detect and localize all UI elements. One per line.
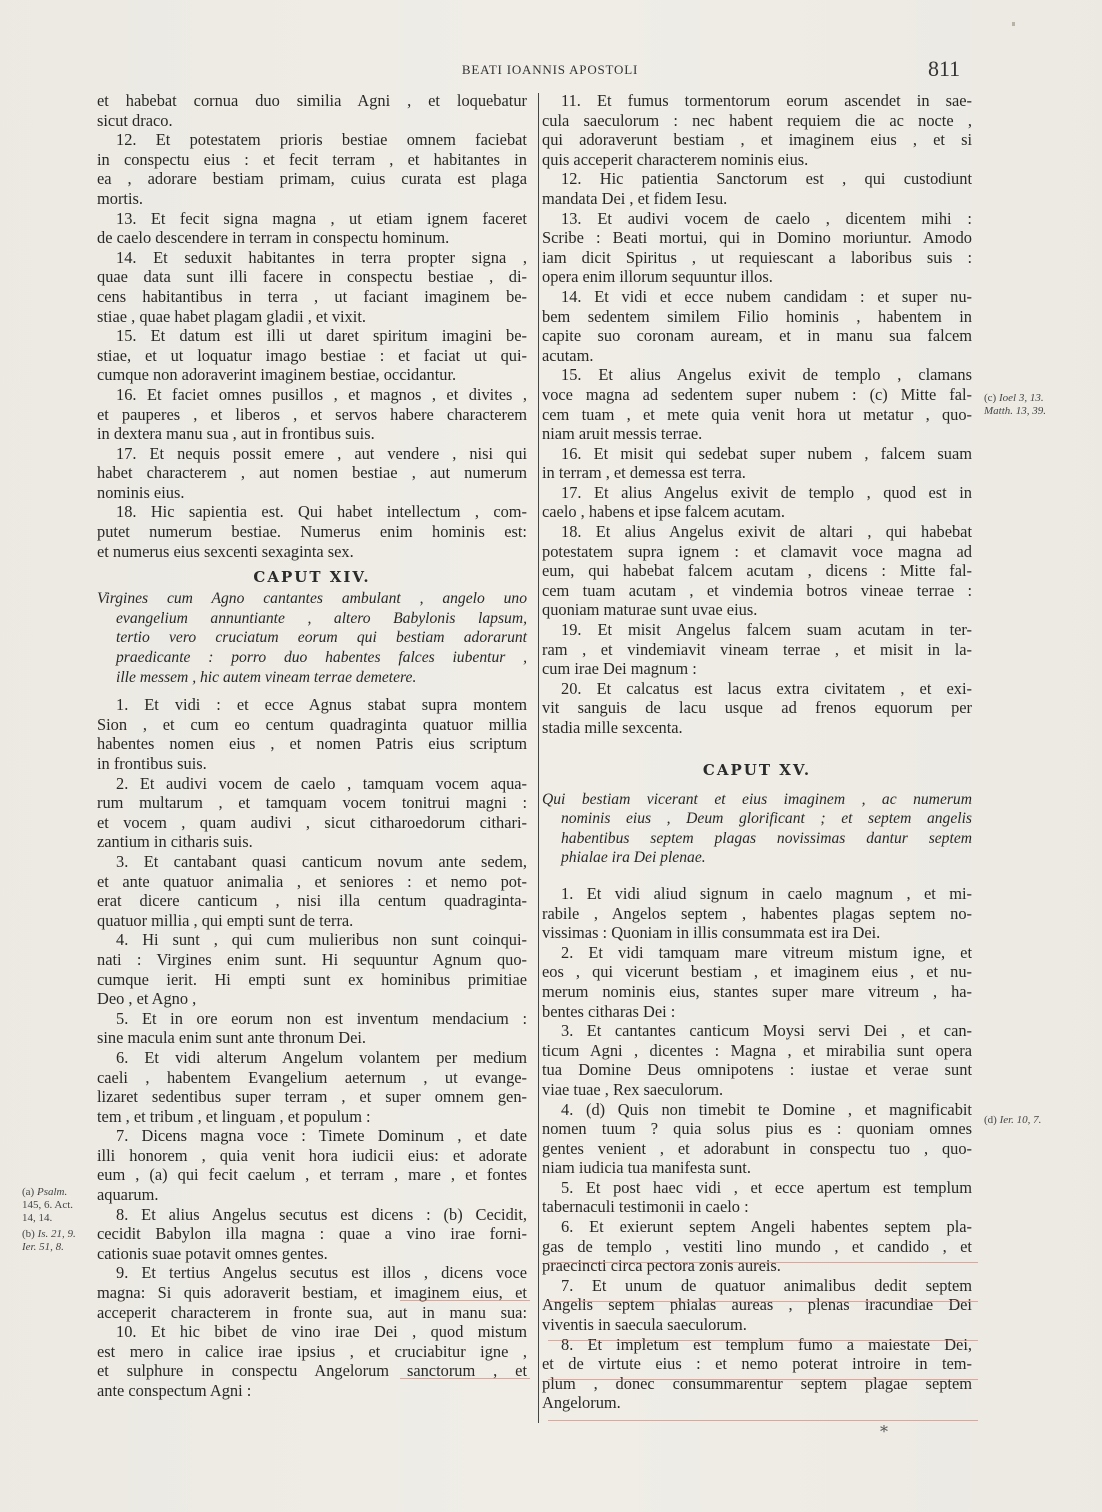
- verse-line: 3. Et cantabant quasi canticum novum ant…: [97, 852, 527, 872]
- verse-line: stiae , quae habet plagam gladii , et vi…: [97, 307, 527, 327]
- summary-line: Qui bestiam vicerant et eius imaginem , …: [542, 790, 972, 810]
- verse-line: mortis.: [97, 189, 527, 209]
- verse-line: et pauperes , et liberos , et servos hab…: [97, 405, 527, 425]
- summary-line: nominis eius , Deum glorificant ; et sep…: [542, 809, 972, 829]
- verse-line: Sion , et cum eo centum quadraginta quat…: [97, 715, 527, 735]
- verse-line: 5. Et post haec vidi , et ecce apertum e…: [542, 1178, 972, 1198]
- verse-line: tem , et tribum , et linguam , et populu…: [97, 1107, 527, 1127]
- verse-line: in dextera manu sua , aut in frontibus s…: [97, 424, 527, 444]
- verse-line: et vocem , quam audivi , sicut citharoed…: [97, 813, 527, 833]
- verse-line: cumque ierit. Hi empti sunt ex hominibus…: [97, 970, 527, 990]
- margin-note-b-line1: Is. 21, 9.: [38, 1228, 76, 1240]
- verse-line: quoniam maturae sunt uvae eius.: [542, 600, 972, 620]
- verse-line: 14. Et vidi et ecce nubem candidam : et …: [542, 287, 972, 307]
- running-head-title: BEATI IOANNIS APOSTOLI: [300, 62, 800, 78]
- summary-line: tertio vero cruciatum eorum qui bestiam …: [97, 628, 527, 648]
- right-verses-bottom: 1. Et vidi aliud signum in caelo magnum …: [542, 884, 972, 1413]
- verse-line: cens habitantibus in terra , ut faciant …: [97, 287, 527, 307]
- margin-note-a-line1: Psalm.: [37, 1186, 67, 1198]
- verse-line: bentes citharas Dei :: [542, 1002, 972, 1022]
- verse-line: nominis eius.: [97, 483, 527, 503]
- summary-line: habentibus septem plagas novissimas dant…: [542, 829, 972, 849]
- verse-line: opera enim illorum sequuntur illos.: [542, 267, 972, 287]
- verse-line: 13. Et audivi vocem de caelo , dicentem …: [542, 209, 972, 229]
- verse-line: plum , donec consummarentur septem plaga…: [542, 1374, 972, 1394]
- show-through-rule: [400, 1300, 530, 1301]
- verse-line: niam aruit messis terrae.: [542, 424, 972, 444]
- verse-line: lizaret sedentibus super terram , et sup…: [97, 1087, 527, 1107]
- verse-line: quatuor millia , qui empti sunt de terra…: [97, 911, 527, 931]
- verse-line: Deo , et Agno ,: [97, 989, 527, 1009]
- verse-line: acutam.: [542, 346, 972, 366]
- verse-line: 7. Et unum de quatuor animalibus dedit s…: [542, 1276, 972, 1296]
- verse-line: nati : Virgines enim sunt. Hi sequuntur …: [97, 950, 527, 970]
- margin-note-c-line1: Ioel 3, 13.: [999, 392, 1044, 404]
- verse-line: mandata Dei , et fidem Iesu.: [542, 189, 972, 209]
- verse-line: vit sanguis de lacu usque ad frenos equo…: [542, 698, 972, 718]
- verse-line: stiae, et ut loquatur imago bestiae : et…: [97, 346, 527, 366]
- verse-line: ea , adorare bestiam primam, cuius curat…: [97, 169, 527, 189]
- show-through-rule: [548, 1420, 978, 1421]
- verse-line: stadia mille sexcenta.: [542, 718, 972, 738]
- show-through-rule: [548, 1379, 978, 1380]
- margin-note-c-ref: (c): [984, 392, 996, 404]
- verse-line: de caelo descendere in terram in conspec…: [97, 228, 527, 248]
- verse-line: eum, qui habebat falcem acutam , dicens …: [542, 561, 972, 581]
- verse-line: bem sedentem similem Filio hominis , hab…: [542, 307, 972, 327]
- verse-line: et habebat cornua duo similia Agni , et …: [97, 91, 527, 111]
- verse-line: 12. Hic patientia Sanctorum est , qui cu…: [542, 169, 972, 189]
- verse-line: 6. Et vidi alterum Angelum volantem per …: [97, 1048, 527, 1068]
- verse-line: 9. Et tertius Angelus secutus est illos …: [97, 1263, 527, 1283]
- summary-line: evangelium annuntiante , altero Babyloni…: [97, 609, 527, 629]
- verse-line: merum nominis eius, stantes super mare v…: [542, 982, 972, 1002]
- end-asterisk: *: [880, 1422, 888, 1441]
- summary-line: Virgines cum Agno cantantes ambulant , a…: [97, 589, 527, 609]
- margin-note-d: (d) Ier. 10, 7.: [984, 1114, 1041, 1127]
- verse-line: aquarum.: [97, 1185, 527, 1205]
- verse-line: caeli , habentem Evangelium aeternum , u…: [97, 1068, 527, 1088]
- verse-line: 4. (d) Quis non timebit te Domine , et m…: [542, 1100, 972, 1120]
- verse-line: Angelis septem phialas aureas , plenas i…: [542, 1295, 972, 1315]
- verse-line: cationis suae potavit omnes gentes.: [97, 1244, 527, 1264]
- verse-line: est mero in calice irae ipsius , et cruc…: [97, 1342, 527, 1362]
- verse-line: praecincti circa pectora zonis aureis.: [542, 1256, 972, 1276]
- verse-line: 18. Et alius Angelus exivit de altari , …: [542, 522, 972, 542]
- verse-line: ram , et vindemiavit vineam terrae , et …: [542, 640, 972, 660]
- summary-line: praedicante : porro duo habentes falces …: [97, 648, 527, 668]
- show-through-rule: [548, 1301, 978, 1302]
- verse-line: iam dicit Spiritus , ut requiescant a la…: [542, 248, 972, 268]
- verse-line: et ante quatuor animalia , et seniores :…: [97, 872, 527, 892]
- verse-line: potestatem supra ignem : et clamavit voc…: [542, 542, 972, 562]
- verse-line: 15. Et datum est illi ut daret spiritum …: [97, 326, 527, 346]
- column-divider: [538, 93, 539, 1423]
- chapter-heading-xv: CAPUT XV.: [542, 758, 972, 782]
- verse-line: quis acceperit characterem nominis eius.: [542, 150, 972, 170]
- verse-line: 7. Dicens magna voce : Timete Dominum , …: [97, 1126, 527, 1146]
- verse-line: sine macula enim sunt ante thronum Dei.: [97, 1028, 527, 1048]
- verse-line: eum , (a) qui fecit caelum , et terram ,…: [97, 1165, 527, 1185]
- verse-line: putet numerum bestiae. Numerus enim homi…: [97, 522, 527, 542]
- verse-line: 12. Et potestatem prioris bestiae omnem …: [97, 130, 527, 150]
- verse-line: 2. Et audivi vocem de caelo , tamquam vo…: [97, 774, 527, 794]
- verse-line: cecidit Babylon illa magna : quae a vino…: [97, 1224, 527, 1244]
- chapter-summary-xv: Qui bestiam vicerant et eius imaginem , …: [542, 790, 972, 868]
- verse-line: 1. Et vidi aliud signum in caelo magnum …: [542, 884, 972, 904]
- margin-note-a-line3: 14, 14.: [22, 1212, 52, 1224]
- verse-line: 20. Et calcatus est lacus extra civitate…: [542, 679, 972, 699]
- verse-line: 6. Et exierunt septem Angeli habentes se…: [542, 1217, 972, 1237]
- verse-line: capite suo coronam auream, et in manu su…: [542, 326, 972, 346]
- verse-line: et numerus eius sexcenti sexaginta sex.: [97, 542, 527, 562]
- left-verses-top: et habebat cornua duo similia Agni , et …: [97, 91, 527, 561]
- verse-line: rabile , Angelos septem , habentes plaga…: [542, 904, 972, 924]
- verse-line: eos , qui vicerunt bestiam , et imaginem…: [542, 962, 972, 982]
- margin-note-b-ref: (b): [22, 1228, 35, 1240]
- right-column: 11. Et fumus tormentorum eorum ascendet …: [542, 91, 972, 1413]
- margin-note-a: (a) Psalm. 145, 6. Act. 14, 14.: [22, 1186, 73, 1225]
- verse-line: Angelorum.: [542, 1393, 972, 1413]
- show-through-rule: [548, 1262, 978, 1263]
- page-number: 811: [928, 56, 960, 82]
- verse-line: 13. Et fecit signa magna , ut etiam igne…: [97, 209, 527, 229]
- margin-note-b: (b) Is. 21, 9. Ier. 51, 8.: [22, 1228, 76, 1254]
- verse-line: 16. Et misit qui sedebat super nubem , f…: [542, 444, 972, 464]
- verse-line: voce magna ad sedentem super nubem : (c)…: [542, 385, 972, 405]
- verse-line: 14. Et seduxit habitantes in terra propt…: [97, 248, 527, 268]
- verse-line: Scribe : Beati mortui, qui in Domino mor…: [542, 228, 972, 248]
- verse-line: rum multarum , et tamquam vocem tonitrui…: [97, 793, 527, 813]
- verse-line: 17. Et nequis possit emere , aut vendere…: [97, 444, 527, 464]
- verse-line: gas de templo , vestiti lino mundo , et …: [542, 1237, 972, 1257]
- summary-line: phialae ira Dei plenae.: [542, 848, 972, 868]
- verse-line: 16. Et faciet omnes pusillos , et magnos…: [97, 385, 527, 405]
- verse-line: tabernaculi testimonii in caelo :: [542, 1197, 972, 1217]
- margin-note-b-line2: Ier. 51, 8.: [22, 1241, 64, 1253]
- verse-line: 11. Et fumus tormentorum eorum ascendet …: [542, 91, 972, 111]
- verse-line: habet characterem , aut nomen bestiae , …: [97, 463, 527, 483]
- verse-line: nomen tuum ? quia solus pius es : quonia…: [542, 1119, 972, 1139]
- verse-line: 3. Et cantantes canticum Moysi servi Dei…: [542, 1021, 972, 1041]
- margin-note-d-line1: Ier. 10, 7.: [1000, 1114, 1042, 1126]
- right-verses-top: 11. Et fumus tormentorum eorum ascendet …: [542, 91, 972, 738]
- verse-line: zantium in citharis suis.: [97, 832, 527, 852]
- verse-line: 15. Et alius Angelus exivit de templo , …: [542, 365, 972, 385]
- verse-line: 1. Et vidi : et ecce Agnus stabat supra …: [97, 695, 527, 715]
- show-through-rule: [548, 1340, 978, 1341]
- verse-line: acceperit characterem in fronte sua, aut…: [97, 1303, 527, 1323]
- verse-line: caelo , habens et ipse falcem acutam.: [542, 502, 972, 522]
- summary-line: ille messem , hic autem vineam terrae de…: [97, 668, 527, 688]
- verse-line: 10. Et hic bibet de vino irae Dei , quod…: [97, 1322, 527, 1342]
- verse-line: cumque non adoraverint imaginem bestiae,…: [97, 365, 527, 385]
- verse-line: 4. Hi sunt , qui cum mulieribus non sunt…: [97, 930, 527, 950]
- verse-line: cum irae Dei magnum :: [542, 659, 972, 679]
- verse-line: 17. Et alius Angelus exivit de templo , …: [542, 483, 972, 503]
- left-verses-bottom: 1. Et vidi : et ecce Agnus stabat supra …: [97, 695, 527, 1400]
- margin-note-c-line2: Matth. 13, 39.: [984, 405, 1046, 417]
- chapter-summary-xiv: Virgines cum Agno cantantes ambulant , a…: [97, 589, 527, 687]
- verse-line: cula saeculorum : nec habent requiem die…: [542, 111, 972, 131]
- verse-line: habentes nomen eius , et nomen Patris ei…: [97, 734, 527, 754]
- verse-line: in frontibus suis.: [97, 754, 527, 774]
- scan-speck: [1012, 22, 1015, 26]
- verse-line: 8. Et impletum est templum fumo a maiest…: [542, 1335, 972, 1355]
- verse-line: quae data sunt illi facere in conspectu …: [97, 267, 527, 287]
- verse-line: 8. Et alius Angelus secutus est dicens :…: [97, 1205, 527, 1225]
- verse-line: in conspectu eius : et fecit terram , et…: [97, 150, 527, 170]
- verse-line: 2. Et vidi tamquam mare vitreum mistum i…: [542, 943, 972, 963]
- margin-note-a-ref: (a): [22, 1186, 34, 1198]
- verse-line: cem tuam acutam , et vindemia botros vin…: [542, 581, 972, 601]
- verse-line: ante conspectum Agni :: [97, 1381, 527, 1401]
- margin-note-d-ref: (d): [984, 1114, 997, 1126]
- verse-line: erat dicere canticum , nisi illa centum …: [97, 891, 527, 911]
- verse-line: viventis in saecula saeculorum.: [542, 1315, 972, 1335]
- verse-line: et de virtute eius : et nemo poterat int…: [542, 1354, 972, 1374]
- chapter-heading-xiv: CAPUT XIV.: [97, 565, 527, 589]
- verse-line: qui adoraverunt bestiam , et imaginem ei…: [542, 130, 972, 150]
- verse-line: 5. Et in ore eorum non est inventum mend…: [97, 1009, 527, 1029]
- verse-line: ticum Agni , dicentes : Magna , et mirab…: [542, 1041, 972, 1061]
- verse-line: in terram , et demessa est terra.: [542, 463, 972, 483]
- margin-note-c: (c) Ioel 3, 13. Matth. 13, 39.: [984, 392, 1046, 418]
- verse-line: cem tuam , et mete quia venit hora ut me…: [542, 405, 972, 425]
- show-through-rule: [400, 1378, 530, 1379]
- scanned-book-page: BEATI IOANNIS APOSTOLI 811 et habebat co…: [0, 0, 1102, 1512]
- verse-line: illi honorem , quia venit hora iudicii e…: [97, 1146, 527, 1166]
- verse-line: vissimas : Quoniam in illis consummata e…: [542, 923, 972, 943]
- verse-line: niam iudicia tua manifesta sunt.: [542, 1158, 972, 1178]
- verse-line: 18. Hic sapientia est. Qui habet intelle…: [97, 502, 527, 522]
- verse-line: sicut draco.: [97, 111, 527, 131]
- verse-line: gentes venient , et adorabunt in conspec…: [542, 1139, 972, 1159]
- margin-note-a-line2: 145, 6. Act.: [22, 1199, 73, 1211]
- verse-line: 19. Et misit Angelus falcem suam acutam …: [542, 620, 972, 640]
- verse-line: viae tuae , Rex saeculorum.: [542, 1080, 972, 1100]
- left-column: et habebat cornua duo similia Agni , et …: [97, 91, 527, 1401]
- verse-line: tua Domine Deus omnipotens : iustae et v…: [542, 1060, 972, 1080]
